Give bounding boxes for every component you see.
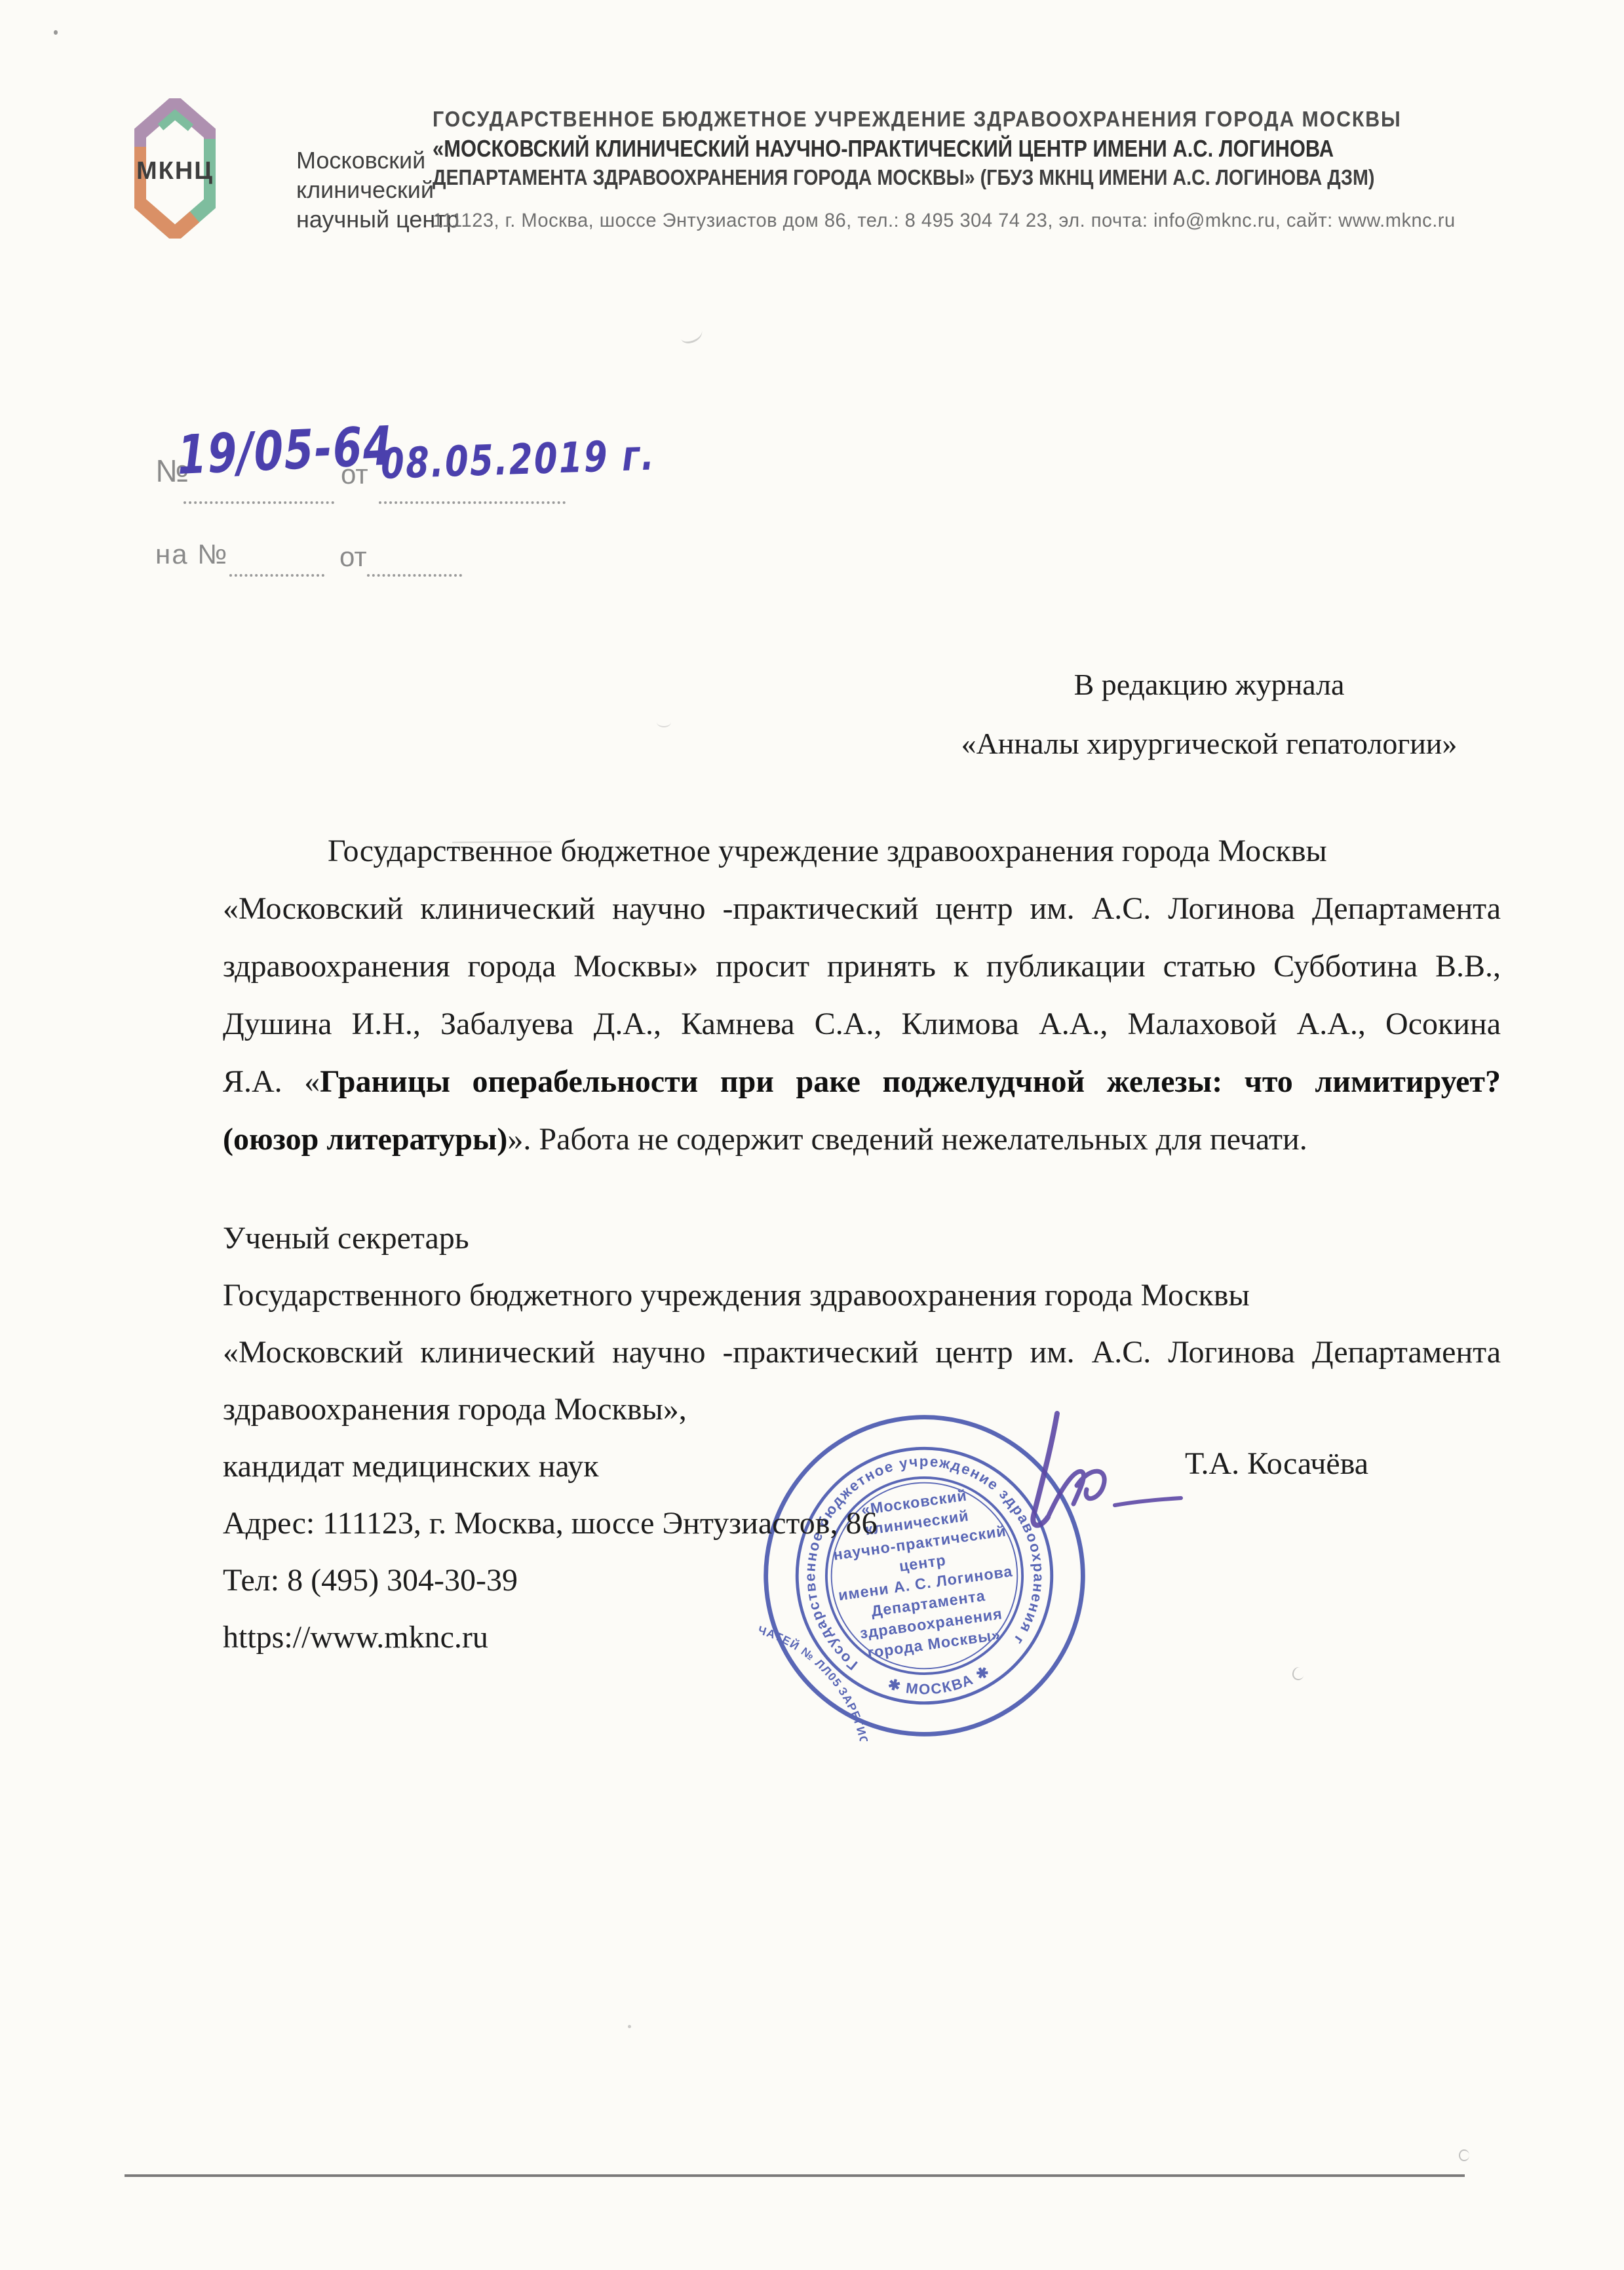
scan-speck (54, 30, 58, 35)
org-contact-line: 111123, г. Москва, шоссе Энтузиастов дом… (433, 210, 1469, 232)
body-text: Я.А. « (223, 1064, 320, 1099)
recipient-line2: «Анналы хирургической гепатологии» (904, 714, 1514, 773)
body-line: здравоохранения города Москвы» просит пр… (223, 938, 1501, 995)
body-line-article-title-end: (оюзор литературы)». Работа не содержит … (223, 1111, 1501, 1168)
signatory-address: Адрес: 111123, г. Москва, шоссе Энтузиас… (223, 1495, 1501, 1552)
handwritten-signature (999, 1406, 1209, 1543)
recipient-block: В редакцию журнала «Анналы хирургической… (904, 655, 1514, 773)
scan-speck (628, 2025, 631, 2028)
body-line-article-title: Я.А. «Границы операбельности при раке по… (223, 1053, 1501, 1111)
org-name-line1: ГОСУДАРСТВЕННОЕ БЮДЖЕТНОЕ УЧРЕЖДЕНИЕ ЗДР… (433, 107, 1416, 132)
signatory-role-line: «Московский клинический научно -практиче… (223, 1324, 1501, 1381)
article-title-bold: (оюзор литературы) (223, 1122, 507, 1157)
reply-ref-label: на № (155, 539, 228, 570)
signatory-name: Т.А. Косачёва (1185, 1446, 1368, 1482)
scan-mark (1459, 2149, 1469, 2161)
reply-number-underline (229, 574, 324, 577)
footer-rule (125, 2174, 1465, 2177)
signatory-phone: Тел: 8 (495) 304-30-39 (223, 1552, 1501, 1609)
body-text: ». Работа не содержит сведений нежелател… (507, 1122, 1307, 1157)
logo-abbr: МКНЦ (134, 157, 216, 185)
signatory-role-line: Государственного бюджетного учреждения з… (223, 1267, 1501, 1324)
handwritten-ref-date: 08.05.2019 г. (380, 431, 656, 489)
letter-body: Государственное бюджетное учреждение здр… (223, 822, 1501, 1168)
signatory-website: https://www.mknc.ru (223, 1609, 1501, 1666)
ref-from-label: от (341, 459, 368, 490)
scan-mark (1291, 1666, 1306, 1682)
org-name-line3: ДЕПАРТАМЕНТА ЗДРАВООХРАНЕНИЯ ГОРОДА МОСК… (433, 165, 1362, 190)
ref-date-underline (379, 501, 566, 504)
reply-from-label: от (339, 541, 367, 573)
scan-mark (657, 717, 671, 727)
signatory-role-line: Ученый секретарь (223, 1210, 1501, 1267)
body-line: Душина И.Н., Забалуева Д.А., Камнева С.А… (223, 995, 1501, 1053)
article-title-bold: Границы операбельности при раке поджелуд… (320, 1064, 1501, 1099)
reply-date-underline (367, 574, 462, 577)
body-line: Государственное бюджетное учреждение здр… (223, 822, 1501, 880)
ref-number-underline (184, 501, 334, 504)
signature-block: Ученый секретарь Государственного бюджет… (223, 1210, 1501, 1666)
recipient-line1: В редакцию журнала (904, 655, 1514, 714)
scan-mark (678, 324, 704, 345)
signatory-role-line: здравоохранения города Москвы», (223, 1381, 1501, 1438)
body-line: «Московский клинический научно -практиче… (223, 880, 1501, 938)
scanned-letter-page: { "letterhead": { "logo": { "abbr": "МКН… (0, 0, 1624, 2270)
org-name-line2: «МОСКОВСКИЙ КЛИНИЧЕСКИЙ НАУЧНО-ПРАКТИЧЕС… (433, 135, 1351, 163)
